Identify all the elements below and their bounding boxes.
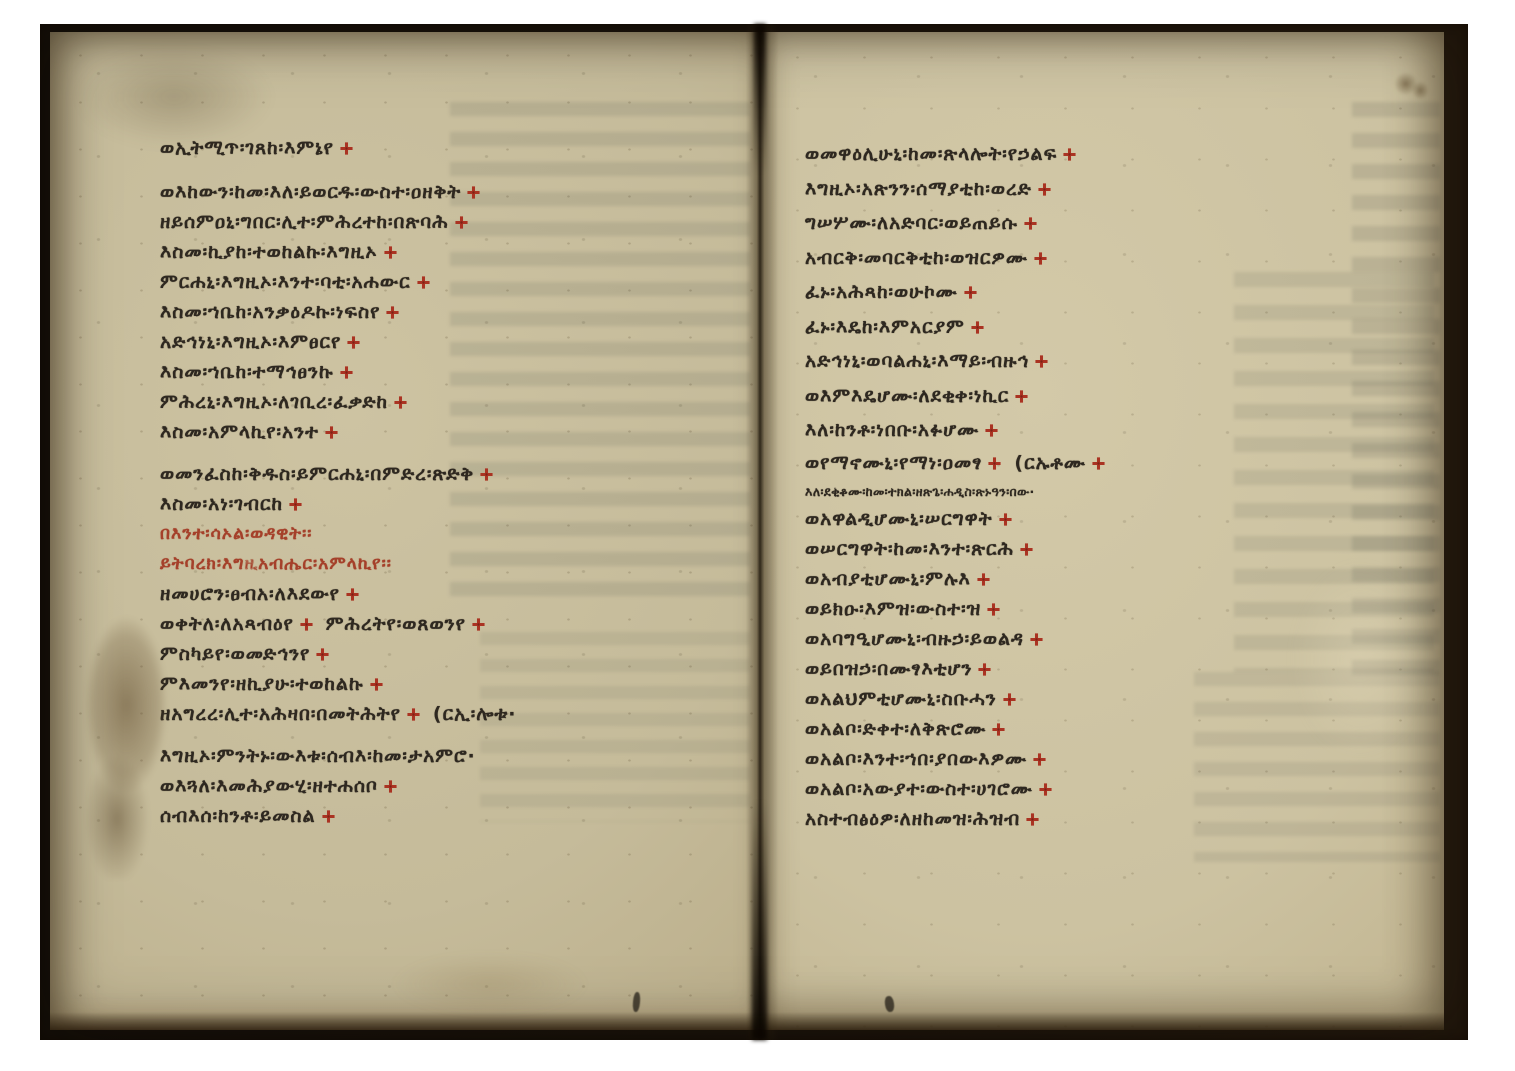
section-mark-icon [386, 298, 399, 328]
line-text: ወመዋዕሊሁኒ፡ከመ፡ጽላሎት፡የኃልፍ [805, 143, 1057, 165]
left-page: ወኢትሚጥ፡ገጸከ፡እምኔየወእከውን፡ከመ፡እለ፡ይወርዱ፡ውስተ፡ዐዘቅትዘ… [50, 32, 764, 1030]
line-text: እስመ፡ኪያከ፡ተወከልኩ፡እግዚኦ [160, 241, 378, 263]
text-line: ዘመሀሮን፡ፀብአ፡ለእደውየ [160, 579, 516, 609]
line-text: ወአልቦ፡አውያተ፡ውስተ፡ሀገሮሙ [805, 778, 1033, 800]
text-line: ግሠሦሙ፡ለአድባር፡ወይጠይሱ [805, 206, 1108, 241]
line-text: ምርሐኒ፡እግዚኦ፡እንተ፡ባቲ፡አሐውር [160, 271, 411, 293]
text-line: ምሕረኒ፡እግዚኦ፡ለገቢረ፡ፈቃድከ [160, 387, 516, 417]
section-mark-icon [999, 506, 1012, 535]
line-text: እግዚኦ፡አጽንን፡ሰማያቲከ፡ወረድ [805, 178, 1032, 200]
line-text: እስመ፡አምላኪየ፡አንተ [160, 421, 319, 443]
section-mark-icon [346, 580, 359, 610]
text-line: አብርቅ፡መባርቅቲከ፡ወዝርዎሙ [805, 241, 1108, 276]
line-text: ወይክዑ፡እምዝ፡ውስተ፡ዝ [805, 598, 981, 620]
section-mark-icon [472, 610, 485, 640]
line-text: ወእጓለ፡እመሕያውሂ፡ዘተሐሰቦ [160, 775, 378, 797]
line-text: ወይበዝኃ፡በሙፃእቲሆን [805, 658, 972, 680]
text-line: አድኅነኒ፡ወባልሐኒ፡እማይ፡ብዙኅ [805, 344, 1108, 379]
text-line: ዘአግረረ፡ሊተ፡አሕዛበ፡በመትሕትየ(ርኢ፡ሎቱ· [160, 699, 516, 729]
line-text: ወእምእዴሆሙ፡ለደቂቀ፡ነኪር [805, 385, 1009, 407]
text-line: አስተብፅዕዎ፡ለዘከመዝ፡ሕዝብ [805, 804, 1108, 834]
line-text: ወአባግዒሆሙኒ፡ብዙኃ፡ይወልዳ [805, 628, 1024, 650]
line-text: ምእመንየ፡ዘኪያሁ፡ተወከልኩ [160, 673, 364, 695]
text-line: ምስካይየ፡ወመድኅንየ [160, 639, 516, 669]
text-line: ምእመንየ፡ዘኪያሁ፡ተወከልኩ [160, 669, 516, 699]
line-text: ፈኑ፡እዴከ፡እምአርያም [805, 316, 965, 338]
section-mark-icon [316, 640, 329, 670]
line-text: ወመንፈስከ፡ቅዱስ፡ይምርሐኒ፡በምድረ፡ጽድቅ [160, 463, 474, 485]
text-line: እስመ፡ኪያከ፡ተወከልኩ፡እግዚኦ [160, 237, 516, 267]
line-text: ምስካይየ፡ወመድኅንየ [160, 643, 310, 665]
section-mark-icon [340, 134, 353, 164]
section-mark-icon [384, 772, 397, 802]
section-mark-icon [988, 449, 1001, 480]
line-text: ግሠሦሙ፡ለአድባር፡ወይጠይሱ [805, 212, 1018, 234]
text-line: ምርሐኒ፡እግዚኦ፡እንተ፡ባቲ፡አሐውር [160, 267, 516, 297]
section-mark-icon [1024, 207, 1037, 242]
text-line: ወአባግዒሆሙኒ፡ብዙኃ፡ይወልዳ [805, 624, 1108, 654]
line-text: አድኅነኒ፡ወባልሐኒ፡እማይ፡ብዙኅ [805, 350, 1029, 372]
text-line: ወቀትለ፡ለአጻብዕየምሕረትየ፡ወጸወንየ [160, 609, 516, 639]
line-text: እስመ፡አነ፡ገብርከ [160, 493, 283, 515]
text-line: ወአልቦ፡ድቀተ፡ለቅጽሮሙ [805, 714, 1108, 744]
line-text: ወሠርግዋት፡ከመ፡እንተ፡ጽርሕ [805, 538, 1014, 560]
text-line: ወመንፈስከ፡ቅዱስ፡ይምርሐኒ፡በምድረ፡ጽድቅ [160, 459, 516, 489]
line-text: ፈኑ፡አሕጻከ፡ወሁኮሙ [805, 281, 958, 303]
line-text: እስመ፡ኀቤከ፡ተማኅፀንኩ [160, 361, 334, 383]
text-line: እስመ፡አነ፡ገብርከ [160, 489, 516, 519]
text-line: ፈኑ፡እዴከ፡እምአርያም [805, 310, 1108, 345]
bleedthrough-ghost [1352, 102, 1440, 682]
section-mark-icon [417, 268, 430, 298]
section-mark-icon [340, 358, 353, 388]
line-text: በእንተ፡ሳኦል፡ወዳዊት፡፡ [160, 524, 312, 544]
bleedthrough-ghost [1194, 672, 1440, 862]
right-page: ወመዋዕሊሁኒ፡ከመ፡ጽላሎት፡የኃልፍእግዚኦ፡አጽንን፡ሰማያቲከ፡ወረድግ… [764, 32, 1444, 1030]
text-line: አድኅነኒ፡እግዚኦ፡እምፀርየ [160, 327, 516, 357]
text-line: ወመዋዕሊሁኒ፡ከመ፡ጽላሎት፡የኃልፍ [805, 137, 1108, 172]
section-mark-icon [347, 328, 360, 358]
section-mark-icon [384, 238, 397, 268]
section-mark-icon [987, 595, 1000, 625]
section-mark-icon [1063, 138, 1076, 173]
section-mark-icon [325, 418, 338, 448]
line-text: አድኅነኒ፡እግዚኦ፡እምፀርየ [160, 331, 341, 353]
section-mark-icon [322, 802, 335, 832]
section-mark-icon [467, 178, 480, 208]
line-text-continuation: ምሕረትየ፡ወጸወንየ [326, 613, 466, 635]
section-mark-icon [1035, 345, 1048, 380]
text-line: ወይክዑ፡እምዝ፡ውስተ፡ዝ [805, 594, 1108, 624]
text-line: እለ፡ደቂቆሙ፡ከመ፡ተክል፡ዘጽጌ፡ሐዲስ፡ጽኑዓን፡በው· [805, 479, 1108, 505]
line-text: ዘአግረረ፡ሊተ፡አሕዛበ፡በመትሕትየ [160, 703, 401, 725]
text-line: እስመ፡ኀቤከ፡ተማኅፀንኩ [160, 357, 516, 387]
section-mark-icon [455, 208, 468, 238]
section-mark-icon [1092, 449, 1105, 480]
text-line: ወእጓለ፡እመሕያውሂ፡ዘተሐሰቦ [160, 771, 516, 801]
line-text: ምሕረኒ፡እግዚኦ፡ለገቢረ፡ፈቃድከ [160, 391, 388, 413]
section-mark-icon [1030, 625, 1043, 655]
line-text: አብርቅ፡መባርቅቲከ፡ወዝርዎሙ [805, 247, 1028, 269]
text-line: እለ፡ከንቶ፡ነበቡ፡አፉሆሙ [805, 413, 1108, 448]
line-text: እግዚኦ፡ምንትኑ፡ውእቱ፡ሰብእ፡ከመ፡ታአምሮ· [160, 745, 476, 767]
section-mark-icon [1015, 380, 1028, 415]
text-line: ወየማኖሙኒ፡የማነ፡ዐመፃ(ርኡቶሙ [805, 448, 1108, 479]
section-mark-icon [964, 276, 977, 311]
line-text: ወአብያቲሆሙኒ፡ምሉእ [805, 568, 971, 590]
line-text: እለ፡ከንቶ፡ነበቡ፡አፉሆሙ [805, 419, 979, 441]
section-mark-icon [370, 670, 383, 700]
section-mark-icon [992, 715, 1005, 745]
text-line: ወእከውን፡ከመ፡እለ፡ይወርዱ፡ውስተ፡ዐዘቅት [160, 177, 516, 207]
section-mark-icon [1026, 805, 1039, 835]
line-text: ሰብእሰ፡ከንቶ፡ይመስል [160, 805, 316, 827]
text-line: ወአብያቲሆሙኒ፡ምሉእ [805, 564, 1108, 594]
line-text: ወአልህምቲሆሙኒ፡ስቡሓን [805, 688, 997, 710]
text-line: ሰብእሰ፡ከንቶ፡ይመስል [160, 801, 516, 831]
section-mark-icon [971, 311, 984, 346]
section-mark-icon [480, 460, 493, 490]
section-mark-icon [1039, 775, 1052, 805]
text-line: ወእምእዴሆሙ፡ለደቂቀ፡ነኪር [805, 379, 1108, 414]
text-line: ፈኑ፡አሕጻከ፡ወሁኮሙ [805, 275, 1108, 310]
line-text: ወኢትሚጥ፡ገጸከ፡እምኔየ [160, 137, 334, 159]
text-line: ወአልቦ፡እንተ፡ኀበ፡ያበውእዎሙ [805, 744, 1108, 774]
manuscript-photo: ወኢትሚጥ፡ገጸከ፡እምኔየወእከውን፡ከመ፡እለ፡ይወርዱ፡ውስተ፡ዐዘቅትዘ… [40, 24, 1468, 1040]
section-mark-icon [407, 700, 420, 730]
text-line: ወአዋልዲሆሙኒ፡ሠርግዋት [805, 505, 1108, 534]
text-line: ወሠርግዋት፡ከመ፡እንተ፡ጽርሕ [805, 534, 1108, 564]
section-mark-icon [1020, 535, 1033, 565]
section-mark-icon [289, 490, 302, 520]
text-line: ወአልህምቲሆሙኒ፡ስቡሓን [805, 684, 1108, 714]
text-line: ዘይሰምዐኒ፡ግበር፡ሊተ፡ምሕረተከ፡በጽባሕ [160, 207, 516, 237]
section-mark-icon [1038, 173, 1051, 208]
line-text: እለ፡ደቂቆሙ፡ከመ፡ተክል፡ዘጽጌ፡ሐዲስ፡ጽኑዓን፡በው· [805, 484, 1035, 499]
line-text: አስተብፅዕዎ፡ለዘከመዝ፡ሕዝብ [805, 808, 1020, 830]
bleedthrough-ghost [1234, 272, 1434, 672]
text-line: ወኢትሚጥ፡ገጸከ፡እምኔየ [160, 133, 516, 163]
text-line: እግዚኦ፡ምንትኑ፡ውእቱ፡ሰብእ፡ከመ፡ታአምሮ· [160, 741, 516, 771]
line-text: ወአልቦ፡እንተ፡ኀበ፡ያበውእዎሙ [805, 748, 1027, 770]
right-text-block: ወመዋዕሊሁኒ፡ከመ፡ጽላሎት፡የኃልፍእግዚኦ፡አጽንን፡ሰማያቲከ፡ወረድግ… [805, 137, 1108, 834]
section-mark-icon [1034, 242, 1047, 277]
line-text: እስመ፡ኀቤከ፡አንቃዕዶኩ፡ነፍስየ [160, 301, 380, 323]
line-text: ወአዋልዲሆሙኒ፡ሠርግዋት [805, 508, 993, 530]
line-text: ወየማኖሙኒ፡የማነ፡ዐመፃ [805, 452, 982, 474]
bleedthrough-ghost [480, 632, 750, 822]
line-text: ዘይሰምዐኒ፡ግበር፡ሊተ፡ምሕረተከ፡በጽባሕ [160, 211, 449, 233]
line-text: ዘመሀሮን፡ፀብአ፡ለእደውየ [160, 583, 340, 605]
line-text: ወቀትለ፡ለአጻብዕየ [160, 613, 294, 635]
text-line: እስመ፡አምላኪየ፡አንተ [160, 417, 516, 447]
section-mark-icon [978, 655, 991, 685]
line-text: ይትባረክ፡እግዚአብሔር፡አምላኪየ፡፡ [160, 554, 392, 574]
text-line: እግዚኦ፡አጽንን፡ሰማያቲከ፡ወረድ [805, 172, 1108, 207]
section-mark-icon [394, 388, 407, 418]
rubric-line: ይትባረክ፡እግዚአብሔር፡አምላኪየ፡፡ [160, 549, 516, 579]
section-mark-icon [1033, 745, 1046, 775]
text-line: እስመ፡ኀቤከ፡አንቃዕዶኩ፡ነፍስየ [160, 297, 516, 327]
line-text-continuation: (ርኢ፡ሎቱ· [433, 703, 517, 725]
section-mark-icon [977, 565, 990, 595]
rubric-line: በእንተ፡ሳኦል፡ወዳዊት፡፡ [160, 519, 516, 549]
section-mark-icon [1003, 685, 1016, 715]
section-mark-icon [300, 610, 313, 640]
section-mark-icon [985, 414, 998, 449]
text-line: ወይበዝኃ፡በሙፃእቲሆን [805, 654, 1108, 684]
line-text-continuation: (ርኡቶሙ [1014, 452, 1085, 474]
text-line: ወአልቦ፡አውያተ፡ውስተ፡ሀገሮሙ [805, 774, 1108, 804]
left-text-block: ወኢትሚጥ፡ገጸከ፡እምኔየወእከውን፡ከመ፡እለ፡ይወርዱ፡ውስተ፡ዐዘቅትዘ… [160, 133, 516, 831]
line-text: ወአልቦ፡ድቀተ፡ለቅጽሮሙ [805, 718, 986, 740]
line-text: ወእከውን፡ከመ፡እለ፡ይወርዱ፡ውስተ፡ዐዘቅት [160, 181, 461, 203]
